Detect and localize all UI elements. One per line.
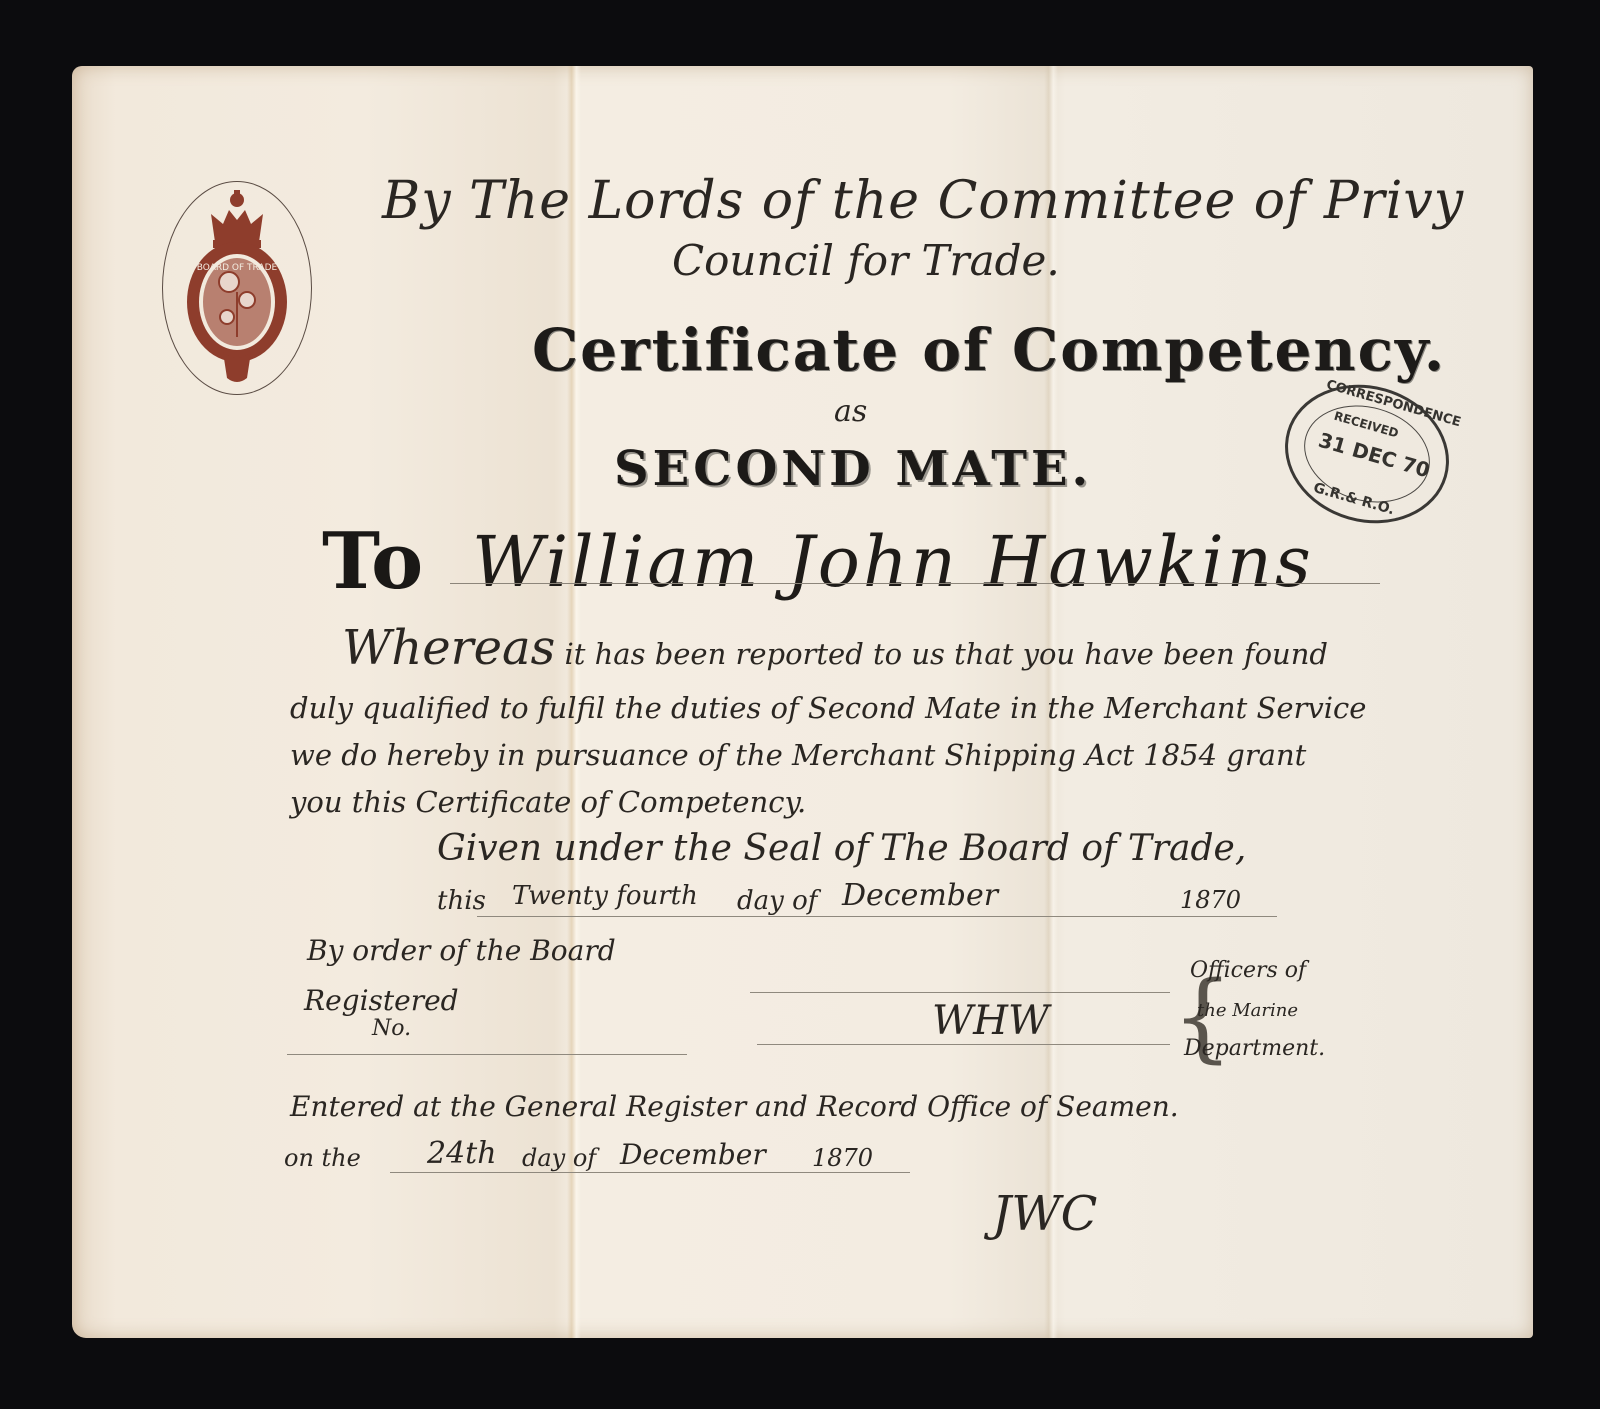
body-line-3: we do hereby in pursuance of the Merchan… <box>290 733 1370 778</box>
registered-label: Registered <box>304 984 459 1017</box>
recipient-name: William John Hawkins <box>472 521 1314 603</box>
given-this: this <box>437 886 486 916</box>
given-date-line <box>477 916 1277 917</box>
rank-title: SECOND MATE. <box>614 441 1092 497</box>
registered-number: No. <box>372 1016 411 1041</box>
correspondence-received-stamp: CORRESPONDENCE RECEIVED 31 DEC 70 G.R.& … <box>1268 366 1465 542</box>
entered-month: December <box>620 1138 766 1171</box>
name-underline <box>450 583 1380 584</box>
entered-year: 1870 <box>812 1144 873 1172</box>
entered-on-the: on the <box>284 1144 361 1172</box>
svg-text:BOARD OF TRADE: BOARD OF TRADE <box>197 263 278 273</box>
entered-date-line <box>390 1172 910 1173</box>
given-day-of: day of <box>737 886 817 916</box>
entered-at-register: Entered at the General Register and Reco… <box>290 1090 1179 1123</box>
body-line-2: duly qualified to fulfil the duties of S… <box>290 686 1370 731</box>
given-month: December <box>842 878 998 913</box>
board-of-trade-seal: BOARD OF TRADE <box>162 181 312 395</box>
body-line-4: you this Certificate of Competency. <box>290 780 1370 825</box>
registered-line <box>287 1054 687 1055</box>
as-label: as <box>834 394 867 429</box>
given-year: 1870 <box>1180 886 1241 914</box>
by-order-of-board: By order of the Board <box>307 934 616 967</box>
body-line-1: Whereas it has been reported to us that … <box>342 626 1422 677</box>
given-under-seal: Given under the Seal of The Board of Tra… <box>437 828 1246 869</box>
officers-line-top <box>750 992 1170 993</box>
officers-label-2: the Marine <box>1197 1000 1298 1021</box>
whereas-word: Whereas <box>342 620 555 676</box>
certificate-paper: BOARD OF TRADE By The Lords of the Commi… <box>72 66 1533 1338</box>
registrar-signature: JWC <box>992 1186 1097 1242</box>
certificate-title: Certificate of Competency. <box>532 316 1446 384</box>
officers-line-bottom <box>757 1044 1170 1045</box>
to-label: To <box>322 516 423 607</box>
crown-rose-emblem-icon: BOARD OF TRADE <box>163 182 311 394</box>
officers-label-1: Officers of <box>1190 958 1306 983</box>
officers-label-3: Department. <box>1184 1036 1325 1061</box>
given-day-written: Twenty fourth <box>512 881 698 911</box>
entered-day: 24th <box>427 1136 497 1171</box>
officers-signature: WHW <box>932 998 1049 1044</box>
heading-line-1: By The Lords of the Committee of Privy <box>382 171 1464 231</box>
entered-day-of: day of <box>522 1144 596 1172</box>
heading-line-2: Council for Trade. <box>672 236 1060 285</box>
